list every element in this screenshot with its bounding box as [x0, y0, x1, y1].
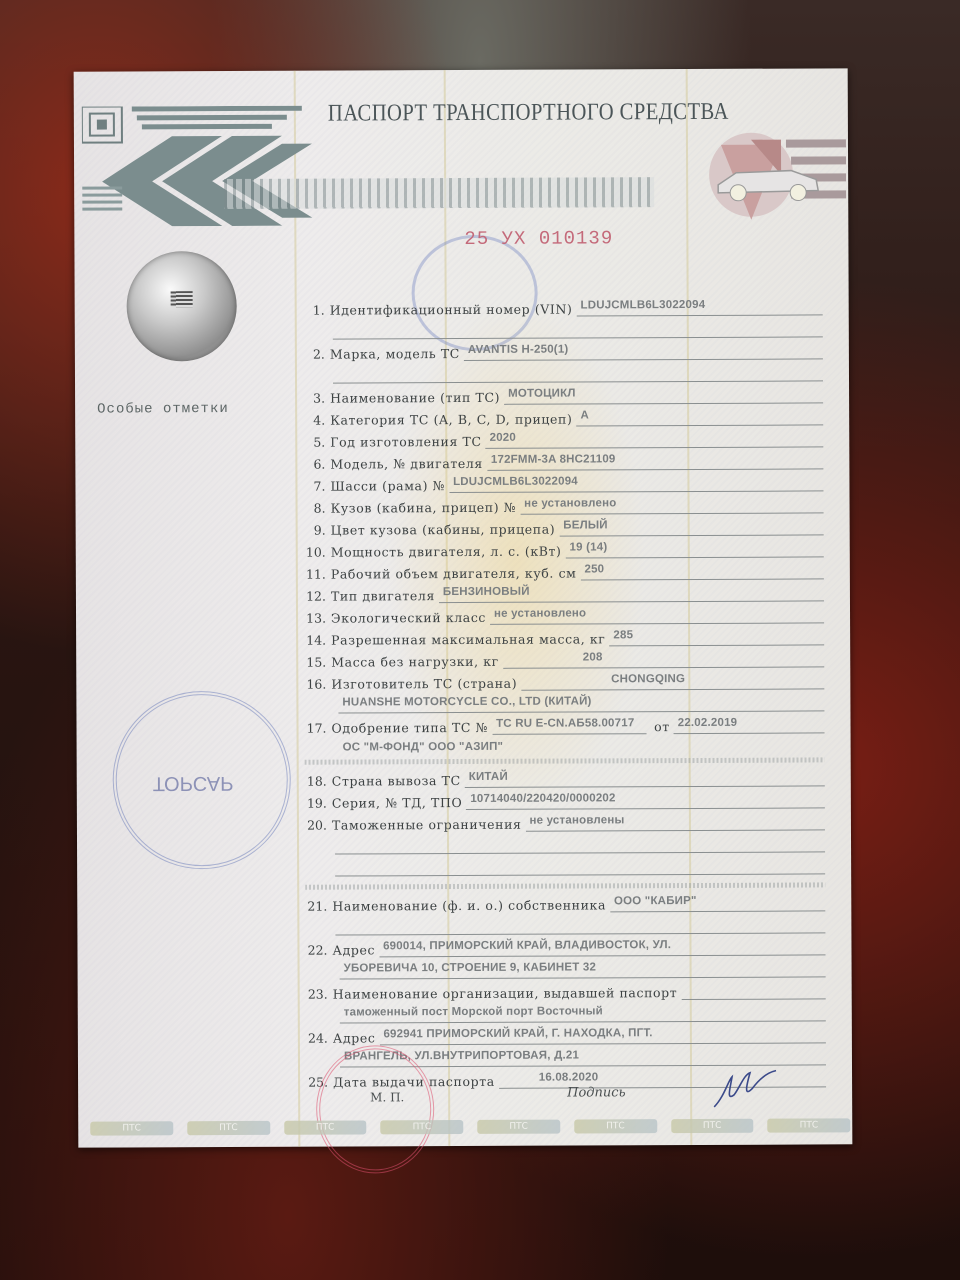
- field-row-owner-address: 22.Адрес690014, ПРИМОРСКИЙ КРАЙ, ВЛАДИВО…: [305, 933, 825, 957]
- security-strip-segment: ПТС: [187, 1121, 270, 1135]
- field-number: 22.: [305, 943, 327, 958]
- security-strip-segment: ПТС: [767, 1118, 850, 1132]
- field-row-body: 8.Кузов (кабина, прицеп) №не установлено: [303, 491, 823, 515]
- field-value-continuation: ОС "М-ФОНД" ООО "АЗИП": [339, 739, 825, 757]
- field-label: Адрес: [332, 942, 375, 957]
- blank-line: [303, 315, 823, 339]
- blank-field: [335, 835, 825, 854]
- serial-number: 25 УХ 010139: [464, 227, 613, 250]
- field-label: Марка, модель ТС: [330, 346, 460, 362]
- field-number: 21.: [305, 899, 327, 914]
- field-row-customs-doc: 19.Серия, № ТД, ТПО10714040/220420/00002…: [305, 786, 825, 810]
- field-label: Идентификационный номер (VIN): [330, 302, 573, 318]
- field-number: 24.: [306, 1031, 328, 1046]
- blue-stamp-text: ТОРСАР: [153, 771, 234, 794]
- field-row-displacement: 11.Рабочий объем двигателя, куб. см250: [304, 557, 824, 581]
- field-value: 250: [580, 562, 823, 580]
- blank-line: [305, 911, 825, 935]
- field-label: Серия, № ТД, ТПО: [332, 795, 463, 811]
- field-row-vin: 1.Идентификационный номер (VIN)LDUJCMLB6…: [303, 293, 823, 317]
- field-row-year: 5.Год изготовления ТС2020: [303, 425, 823, 449]
- fields-list: 1.Идентификационный номер (VIN)LDUJCMLB6…: [303, 293, 826, 1089]
- security-strip-segment: ПТС: [671, 1119, 754, 1133]
- field-value: 10714040/220420/0000202: [466, 791, 825, 810]
- special-marks-label: Особые отметки: [97, 401, 229, 418]
- field-label: Категория ТС (A, B, C, D, прицеп): [330, 412, 572, 428]
- field-value: КИТАЙ: [465, 769, 825, 788]
- field-label: Страна вывоза ТС: [332, 773, 461, 789]
- field-number: 23.: [306, 987, 328, 1002]
- field-row-type: 3.Наименование (тип ТС)МОТОЦИКЛ: [303, 381, 823, 405]
- blank-line: [305, 852, 825, 876]
- field-row-type-approval-cont: ОС "М-ФОНД" ООО "АЗИП": [305, 733, 825, 757]
- fold-line: [294, 71, 301, 1147]
- field-value: 208: [503, 650, 825, 668]
- security-strip-segment: ПТС: [90, 1121, 173, 1135]
- field-row-owner: 21.Наименование (ф. и. о.) собственникаО…: [305, 889, 825, 913]
- field-label: Наименование организации, выдавшей паспо…: [333, 985, 678, 1002]
- guilloche-divider: [305, 882, 825, 889]
- field-value: не установлены: [525, 813, 825, 831]
- field-value: A: [576, 408, 823, 426]
- field-value: LDUJCMLB6L3022094: [576, 298, 822, 316]
- field-row-engine-type: 12.Тип двигателяБЕНЗИНОВЫЙ: [304, 579, 824, 603]
- field-number: 15.: [304, 655, 326, 670]
- field-label: Экологический класс: [331, 610, 486, 626]
- field-label: от: [654, 719, 670, 734]
- signature-label: Подпись: [567, 1085, 626, 1100]
- field-value: 285: [609, 628, 824, 646]
- field-row-issuer: 23.Наименование организации, выдавшей па…: [306, 977, 826, 1001]
- field-row-max-mass: 14.Разрешенная максимальная масса, кг285: [304, 623, 824, 647]
- field-row-make-model: 2.Марка, модель ТСAVANTIS H-250(1): [303, 337, 823, 361]
- field-number: 20.: [305, 818, 327, 833]
- field-number: 10.: [304, 545, 326, 560]
- security-strip-segment: ПТС: [380, 1120, 463, 1134]
- field-row-owner-address-cont: УБОРЕВИЧА 10, СТРОЕНИЕ 9, КАБИНЕТ 32: [306, 955, 826, 979]
- field-value: 690014, ПРИМОРСКИЙ КРАЙ, ВЛАДИВОСТОК, УЛ…: [379, 938, 825, 957]
- field-number: 5.: [303, 435, 325, 450]
- field-row-customs-restrictions: 20.Таможенные ограниченияне установлены: [305, 808, 825, 832]
- field-number: 2.: [303, 347, 325, 362]
- field-value: AVANTIS H-250(1): [464, 342, 823, 361]
- field-value: 172FMM-3A 8HC21109: [487, 452, 824, 470]
- document-title: ПАСПОРТ ТРАНСПОРТНОГО СРЕДСТВА: [328, 99, 729, 128]
- ornamental-band: [224, 177, 654, 209]
- field-row-curb-mass: 15.Масса без нагрузки, кг208: [304, 645, 824, 669]
- blank-field: [333, 320, 823, 339]
- field-row-export-country: 18.Страна вывоза ТСКИТАЙ: [305, 764, 825, 788]
- hologram-seal-icon: [126, 251, 236, 361]
- field-row-eco-class: 13.Экологический классне установлено: [304, 601, 824, 625]
- field-number: 8.: [304, 501, 326, 516]
- field-value: не установлено: [520, 496, 823, 514]
- field-label: Одобрение типа ТС №: [331, 720, 488, 736]
- security-strip: ПТС ПТС ПТС ПТС ПТС ПТС ПТС ПТС: [90, 1118, 850, 1135]
- field-number: 12.: [304, 589, 326, 604]
- field-value: не установлено: [490, 606, 824, 624]
- field-label: Кузов (кабина, прицеп) №: [331, 500, 517, 516]
- field-value-continuation: таможенный пост Морской порт Восточный: [340, 1004, 826, 1023]
- red-seal-stamp: [316, 1045, 435, 1174]
- field-number: 7.: [303, 479, 325, 494]
- field-row-chassis: 7.Шасси (рама) №LDUJCMLB6L3022094: [303, 469, 823, 493]
- guilloche-divider: [305, 757, 825, 764]
- field-number: 1.: [303, 303, 325, 318]
- field-label: Мощность двигателя, л. с. (кВт): [331, 544, 562, 560]
- security-strip-segment: ПТС: [574, 1119, 657, 1133]
- field-number: 9.: [304, 523, 326, 538]
- field-value: 2020: [486, 430, 824, 448]
- field-label: Тип двигателя: [331, 588, 435, 603]
- field-number: 18.: [305, 774, 327, 789]
- field-date: 22.02.2019: [674, 716, 825, 734]
- blank-line: [303, 359, 823, 383]
- field-row-category: 4.Категория ТС (A, B, C, D, прицеп)A: [303, 403, 823, 427]
- field-value: БЕНЗИНОВЫЙ: [439, 584, 824, 603]
- blank-field: [335, 916, 825, 935]
- field-row-type-approval: 17.Одобрение типа ТС №ТС RU E-CN.АБ58.00…: [304, 711, 824, 735]
- field-number: 3.: [303, 391, 325, 406]
- field-label: Адрес: [333, 1030, 376, 1045]
- field-row-manufacturer: 16.Изготовитель ТС (страна)CHONGQING: [304, 667, 824, 691]
- field-label: Таможенные ограничения: [332, 817, 522, 833]
- field-row-issuer-cont: таможенный пост Морской порт Восточный: [306, 999, 826, 1023]
- field-value: LDUJCMLB6L3022094: [449, 474, 823, 493]
- field-value: 19 (14): [565, 540, 823, 558]
- field-label: Модель, № двигателя: [330, 456, 483, 472]
- field-value: ТС RU E-CN.АБ58.00717: [492, 717, 646, 735]
- field-number: 19.: [305, 796, 327, 811]
- field-value: МОТОЦИКЛ: [504, 386, 823, 404]
- field-value: БЕЛЫЙ: [559, 518, 823, 536]
- field-label: Масса без нагрузки, кг: [331, 654, 499, 670]
- vehicle-passport-document: ПАСПОРТ ТРАНСПОРТНОГО СРЕДСТВА 25 УХ 010…: [74, 68, 853, 1147]
- field-number: 11.: [304, 567, 326, 582]
- field-label: Изготовитель ТС (страна): [331, 676, 517, 692]
- field-number: 13.: [304, 611, 326, 626]
- field-number: 6.: [303, 457, 325, 472]
- field-row-manufacturer-cont: HUANSHE MOTORCYCLE CO., LTD (КИТАЙ): [304, 689, 824, 713]
- field-value: ООО "КАБИР": [610, 894, 825, 912]
- field-label: Наименование (тип ТС): [330, 390, 500, 406]
- field-label: Цвет кузова (кабины, прицепа): [331, 522, 556, 538]
- field-row-issuer-address: 24.Адрес692941 ПРИМОРСКИЙ КРАЙ, Г. НАХОД…: [306, 1021, 826, 1045]
- field-value-continuation: УБОРЕВИЧА 10, СТРОЕНИЕ 9, КАБИНЕТ 32: [340, 960, 826, 979]
- field-label: Разрешенная максимальная масса, кг: [331, 631, 605, 647]
- field-row-engine: 6.Модель, № двигателя172FMM-3A 8HC21109: [303, 447, 823, 471]
- field-label: Шасси (рама) №: [330, 478, 445, 493]
- field-number: 17.: [304, 721, 326, 736]
- field-row-power: 10.Мощность двигателя, л. с. (кВт)19 (14…: [304, 535, 824, 559]
- field-label: Наименование (ф. и. о.) собственника: [332, 897, 606, 913]
- field-number: 14.: [304, 633, 326, 648]
- blank-line: [305, 830, 825, 854]
- field-value: CHONGQING: [521, 672, 824, 690]
- blank-field: [335, 857, 825, 876]
- field-value-continuation: HUANSHE MOTORCYCLE CO., LTD (КИТАЙ): [338, 694, 824, 713]
- seal-place-label: М. П.: [370, 1090, 404, 1104]
- field-row-color: 9.Цвет кузова (кабины, прицепа)БЕЛЫЙ: [304, 513, 824, 537]
- field-label: Рабочий объем двигателя, куб. см: [331, 566, 577, 582]
- blank-field: [333, 364, 823, 383]
- car-emblem-icon: [706, 124, 846, 225]
- field-label: Год изготовления ТС: [330, 434, 481, 450]
- field-number: 16.: [304, 677, 326, 692]
- field-value: 692941 ПРИМОРСКИЙ КРАЙ, Г. НАХОДКА, ПГТ.: [379, 1026, 825, 1045]
- field-number: 4.: [303, 413, 325, 428]
- field-value: [681, 982, 826, 1000]
- security-strip-segment: ПТС: [284, 1120, 367, 1134]
- security-strip-segment: ПТС: [477, 1120, 560, 1134]
- signature-icon: [710, 1067, 780, 1111]
